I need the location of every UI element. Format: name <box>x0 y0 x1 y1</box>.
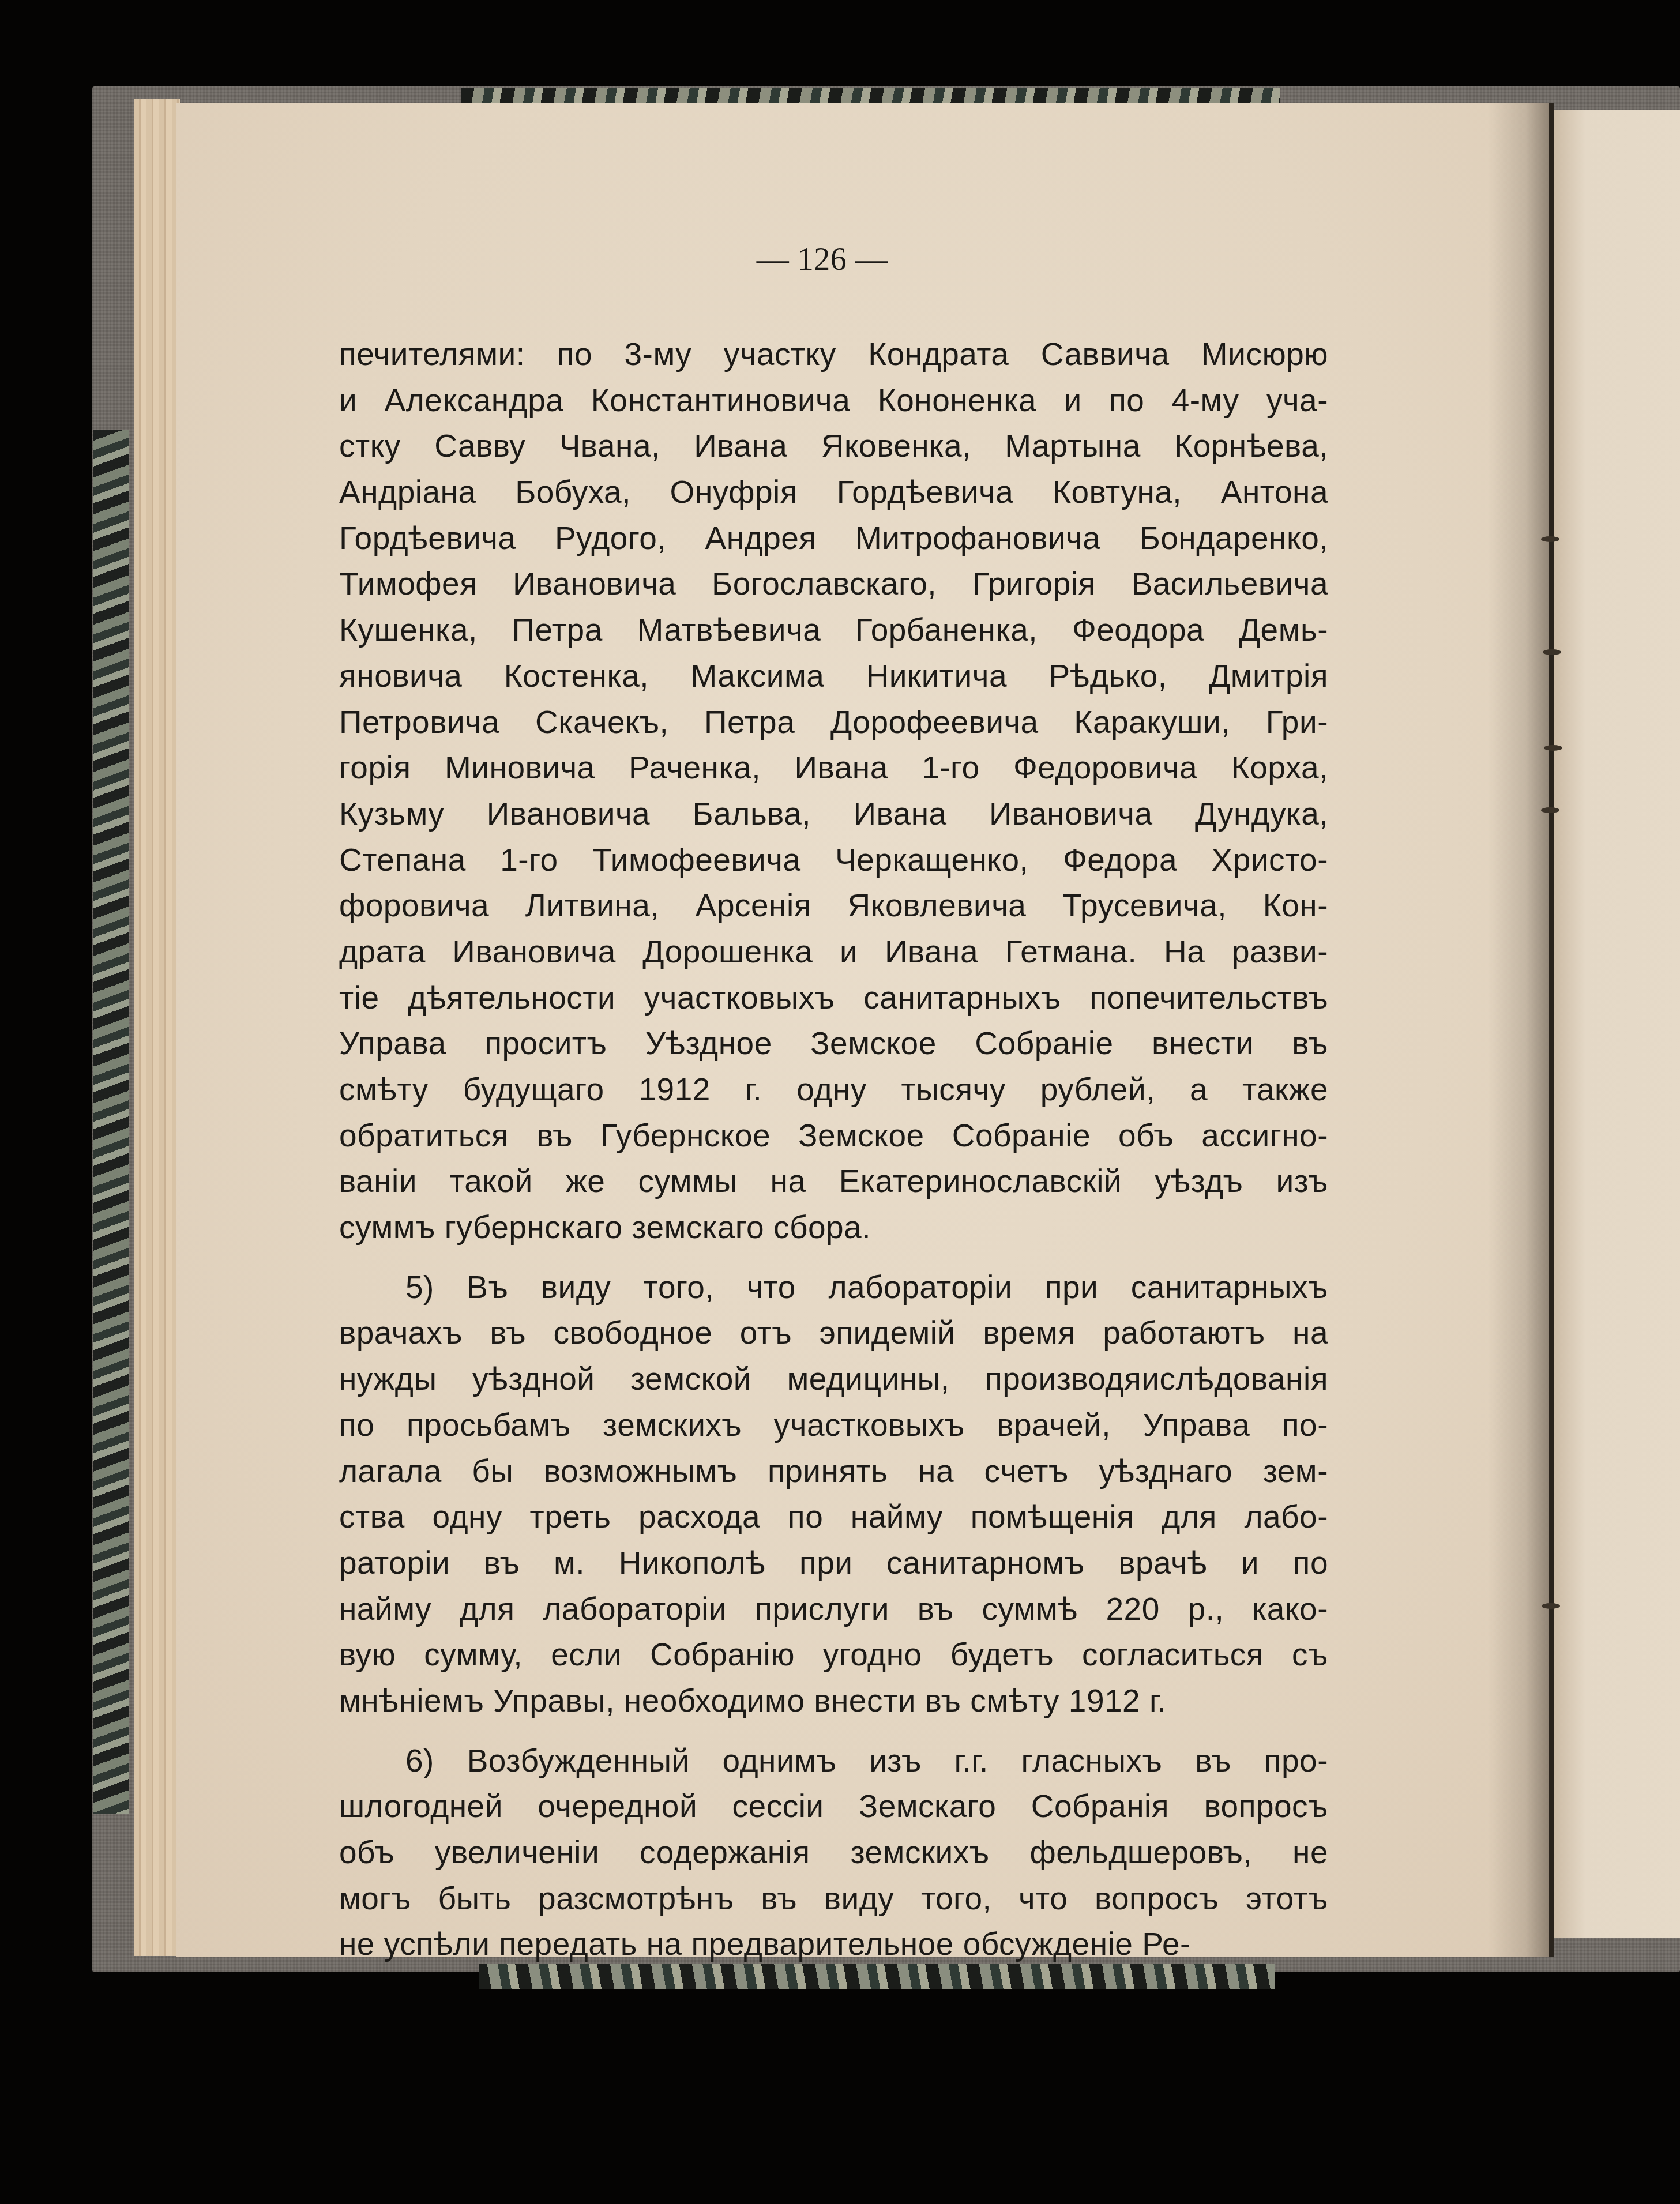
binding-stitch-icon <box>1542 1603 1560 1609</box>
text-line: горія Миновича Раченка, Ивана 1-го Федор… <box>339 745 1328 791</box>
text-line: не успѣли передать на предварительное об… <box>339 1921 1328 1968</box>
text-line: Степана 1-го Тимофеевича Черкащенко, Фед… <box>339 837 1328 883</box>
gutter-shadow <box>1488 103 1551 1957</box>
text-line: Гордѣевича Рудого, Андрея Митрофановича … <box>339 516 1328 562</box>
text-line: Тимофея Ивановича Богославскаго, Григорі… <box>339 561 1328 607</box>
text-line: Андріана Бобуха, Онуфрія Гордѣевича Ковт… <box>339 469 1328 516</box>
text-line: мнѣніемъ Управы, необходимо внести въ см… <box>339 1678 1328 1724</box>
text-line: тіе дѣятельности участковыхъ санитарныхъ… <box>339 975 1328 1021</box>
text-line: ства одну треть расхода по найму помѣщен… <box>339 1494 1328 1540</box>
binding-spine <box>1549 103 1554 1957</box>
page-stack-edges <box>134 99 180 1956</box>
text-line: врачахъ въ свободное отъ эпидемій время … <box>339 1310 1328 1356</box>
paragraph-item-6: 6) Возбужденный однимъ изъ г.г. гласныхъ… <box>339 1738 1328 1968</box>
text-line: и Александра Константиновича Кононенка и… <box>339 378 1328 424</box>
text-line: Петровича Скачекъ, Петра Дорофеевича Кар… <box>339 699 1328 746</box>
text-line: могъ быть разсмотрѣнъ въ виду того, что … <box>339 1876 1328 1922</box>
text-line: 6) Возбужденный однимъ изъ г.г. гласныхъ… <box>339 1738 1328 1784</box>
paragraph-continued: печителями: по 3-му участку Кондрата Сав… <box>339 332 1328 1251</box>
page-number: — 126 — <box>328 242 1317 332</box>
text-line: лагала бы возможнымъ принять на счетъ уѣ… <box>339 1449 1328 1495</box>
text-line: печителями: по 3-му участку Кондрата Сав… <box>339 332 1328 378</box>
text-line: по просьбамъ земскихъ участковыхъ врачей… <box>339 1402 1328 1449</box>
text-line: нужды уѣздной земской медицины, производ… <box>339 1356 1328 1402</box>
text-line: вую сумму, если Собранію угодно будетъ с… <box>339 1632 1328 1678</box>
text-line: шлогодней очередной сессіи Земскаго Собр… <box>339 1784 1328 1830</box>
text-line: яновича Костенка, Максима Никитича Рѣдьк… <box>339 653 1328 699</box>
text-line: форовича Литвина, Арсенія Яковлевича Тру… <box>339 883 1328 929</box>
binding-stitch-icon <box>1541 807 1559 813</box>
text-line: драта Ивановича Дорошенка и Ивана Гетман… <box>339 929 1328 975</box>
page-text: — 126 — печителями: по 3-му участку Конд… <box>339 242 1328 1968</box>
binding-stitch-icon <box>1543 649 1561 655</box>
text-line: объ увеличеніи содержанія земскихъ фельд… <box>339 1830 1328 1876</box>
marbled-edge-left <box>93 430 129 1814</box>
facing-page <box>1554 110 1680 1938</box>
text-line: Управа проситъ Уѣздное Земское Собраніе … <box>339 1021 1328 1067</box>
text-line: Кузьму Ивановича Бальва, Ивана Ивановича… <box>339 791 1328 837</box>
text-line: суммъ губернскаго земскаго сбора. <box>339 1205 1328 1251</box>
text-line: смѣту будущаго 1912 г. одну тысячу рубле… <box>339 1067 1328 1113</box>
text-line: найму для лабораторіи прислуги въ суммѣ … <box>339 1586 1328 1633</box>
binding-stitch-icon <box>1541 536 1559 542</box>
text-line: 5) Въ виду того, что лабораторіи при сан… <box>339 1265 1328 1311</box>
text-line: Кушенка, Петра Матвѣевича Горбаненка, Фе… <box>339 607 1328 653</box>
text-line: обратиться въ Губернское Земское Собрані… <box>339 1113 1328 1159</box>
text-line: раторіи въ м. Никополѣ при санитарномъ в… <box>339 1540 1328 1586</box>
paragraph-item-5: 5) Въ виду того, что лабораторіи при сан… <box>339 1265 1328 1724</box>
binding-stitch-icon <box>1544 745 1562 751</box>
text-line: стку Савву Чвана, Ивана Яковенка, Мартын… <box>339 423 1328 469</box>
text-line: ваніи такой же суммы на Екатеринославскі… <box>339 1159 1328 1205</box>
